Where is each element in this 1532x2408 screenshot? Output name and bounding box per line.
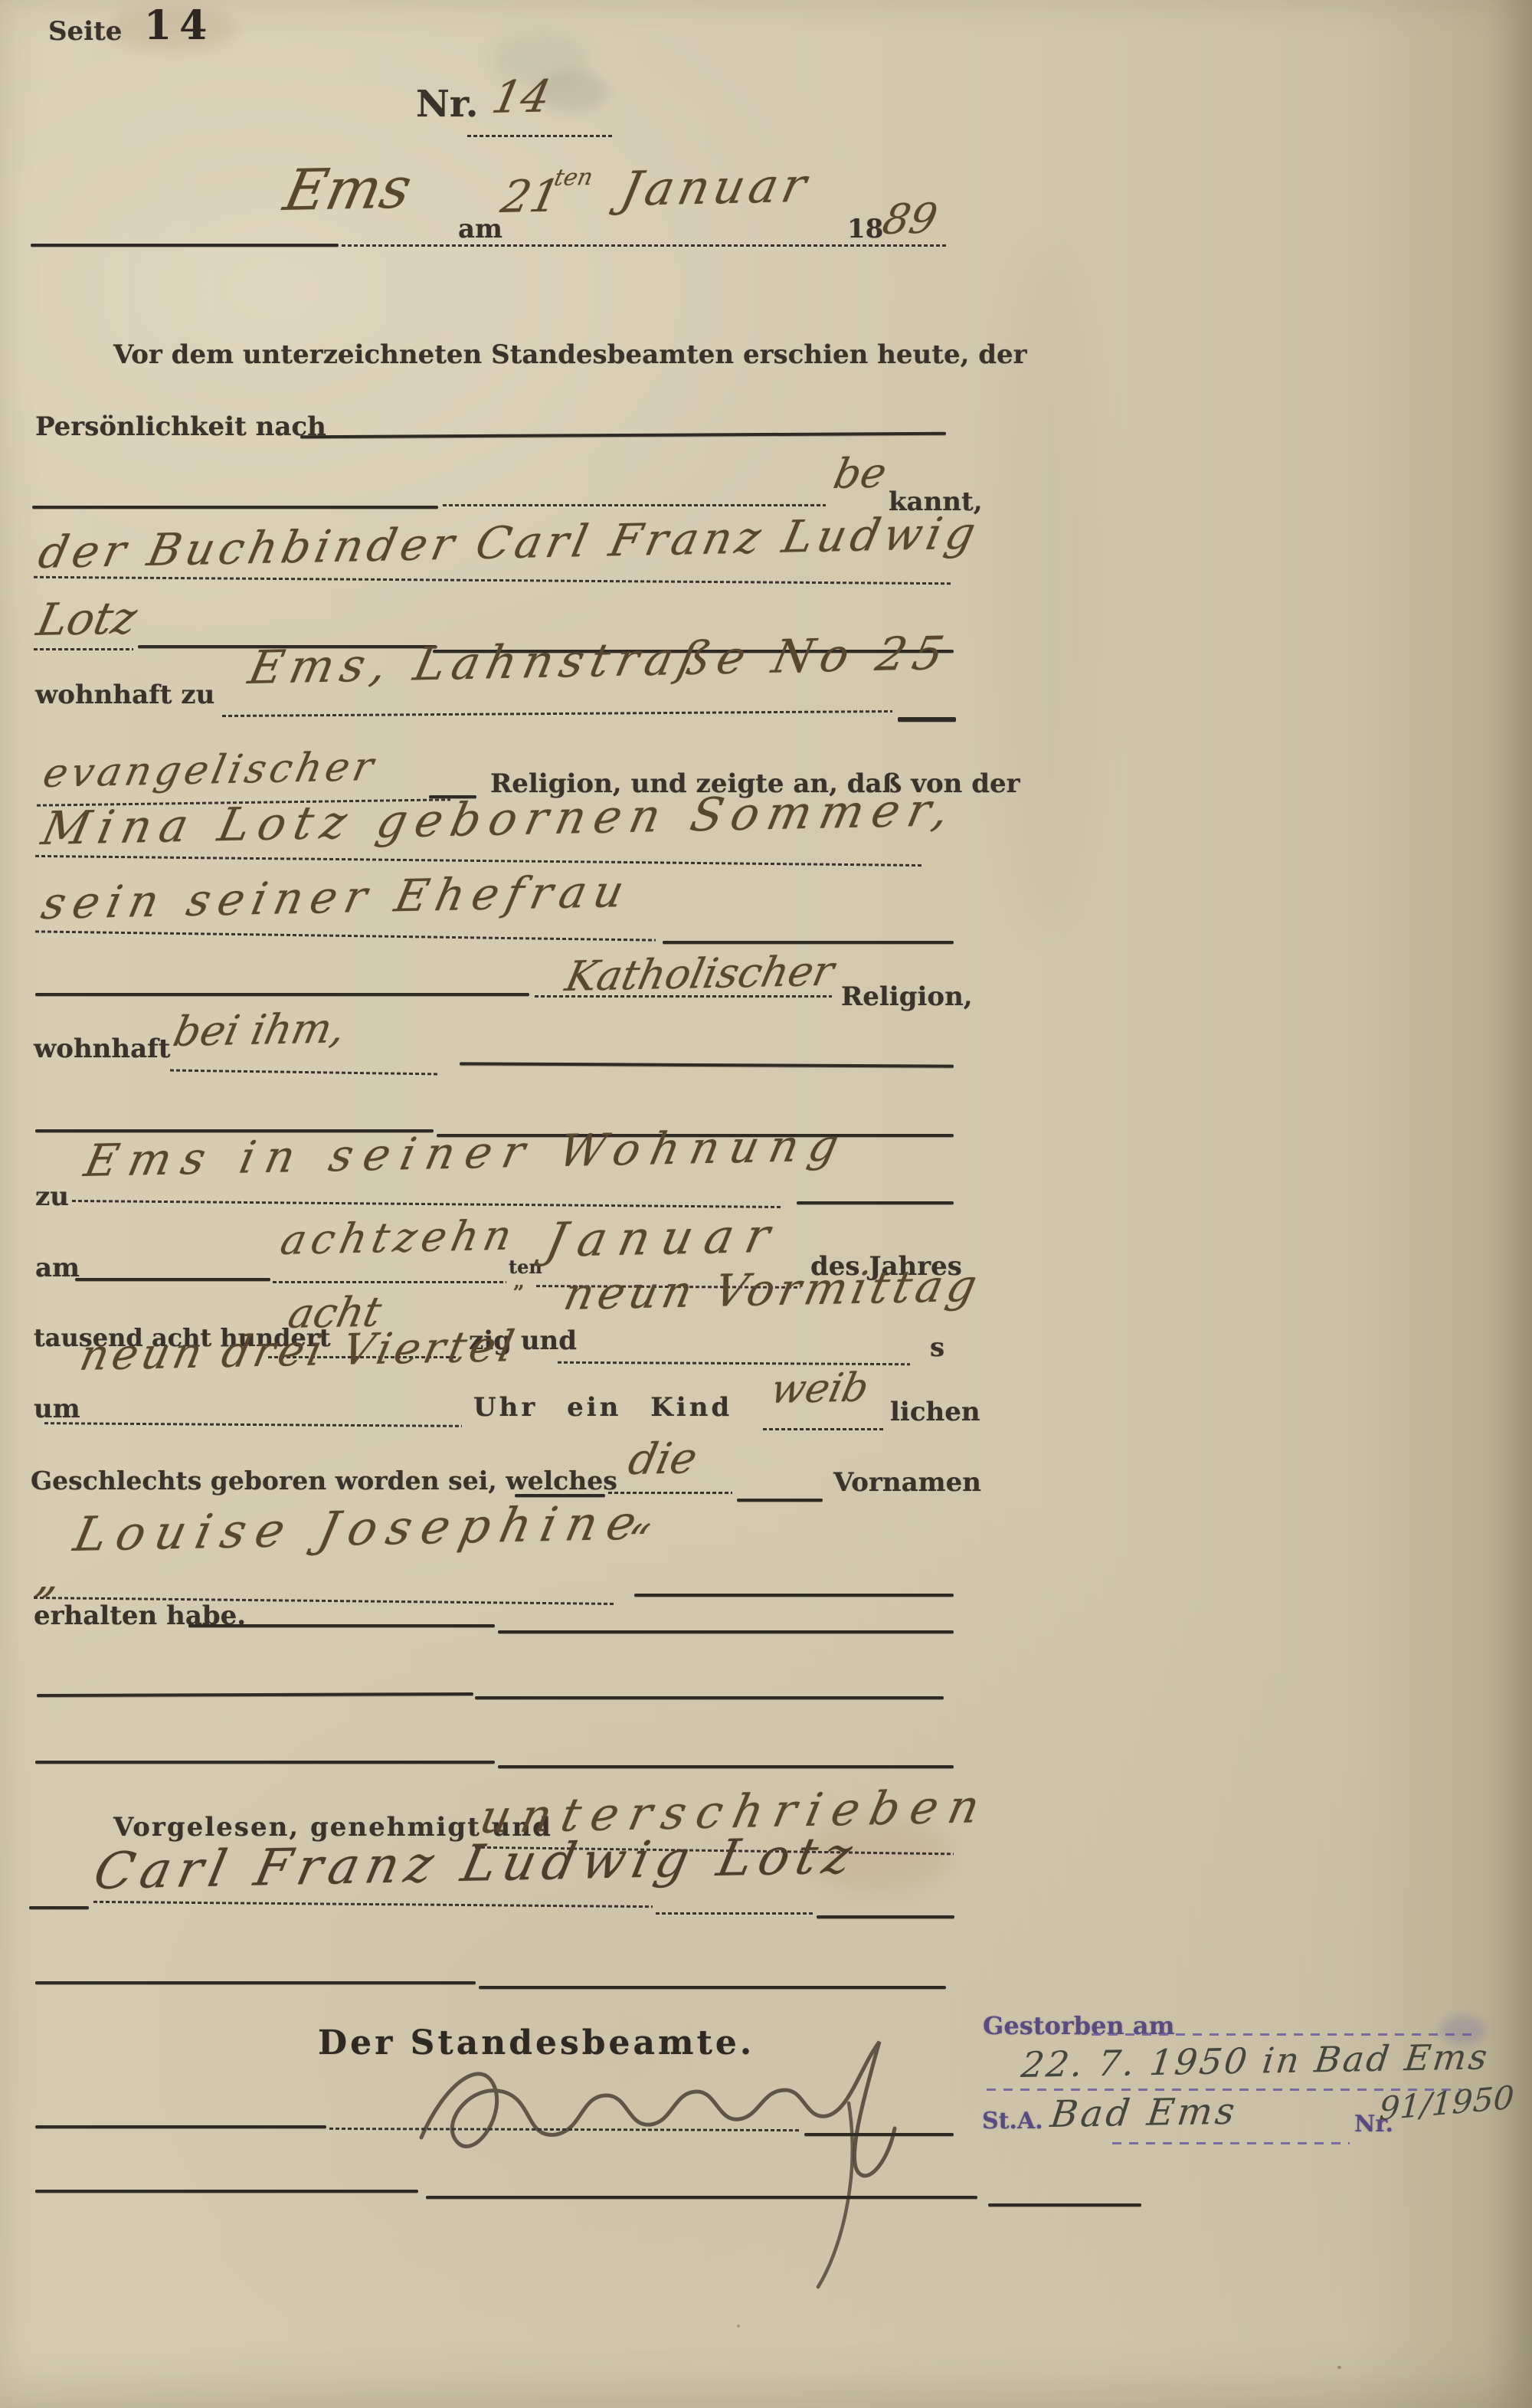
year-entry: 89 bbox=[879, 198, 941, 241]
stamp-dashed-line bbox=[1092, 2033, 1478, 2036]
page-number: 14 bbox=[144, 6, 214, 46]
dotted-line bbox=[273, 1281, 506, 1283]
ruled-line bbox=[35, 1981, 476, 1984]
given-names-entry: Louise Josephine bbox=[70, 1499, 650, 1558]
ruled-line bbox=[898, 717, 956, 722]
death-date-entry: 22. 7. 1950 in Bad Ems bbox=[1020, 2039, 1491, 2082]
ruled-line bbox=[475, 1696, 944, 1699]
residence-label: wohnhaft zu bbox=[35, 682, 214, 708]
dotted-line bbox=[763, 1428, 885, 1430]
place-entry: Ems bbox=[280, 160, 416, 219]
stamp-smear bbox=[1440, 2015, 1486, 2046]
dotted-line bbox=[93, 1901, 653, 1908]
dotted-line bbox=[35, 855, 924, 867]
vornamen-print: Vornamen bbox=[833, 1469, 981, 1496]
paper-speck bbox=[1337, 2366, 1341, 2369]
time-entry: neun drei Viertel bbox=[77, 1325, 522, 1378]
ruled-line bbox=[498, 1630, 954, 1633]
ruled-line bbox=[35, 2125, 326, 2128]
ruled-line bbox=[31, 244, 339, 247]
dotted-line bbox=[34, 576, 953, 585]
geschlecht-print: Geschlechts geboren worden sei, welches bbox=[31, 1468, 617, 1493]
ruled-line bbox=[300, 432, 946, 438]
year-suffix-print: s bbox=[930, 1335, 944, 1361]
uhr-print: Uhr ein Kind bbox=[473, 1394, 732, 1420]
mother-relation-entry: sein seiner Ehefrau bbox=[38, 869, 636, 926]
dotted-line bbox=[44, 1422, 462, 1427]
ruled-line bbox=[188, 1624, 495, 1627]
dotted-line bbox=[72, 1200, 781, 1208]
mother-residence-entry: bei ihm, bbox=[170, 1007, 349, 1053]
ruled-line bbox=[479, 1986, 946, 1989]
ruled-line bbox=[817, 1915, 954, 1918]
dotted-line bbox=[443, 504, 826, 506]
record-number-label: Nr. bbox=[416, 86, 478, 123]
birthmonth-entry: Januar bbox=[542, 1212, 786, 1264]
ruled-line bbox=[634, 1594, 954, 1597]
dotted-line bbox=[656, 1912, 813, 1915]
register-page: Seite 14 Nr. 14 Ems am 21 ten Januar 18 … bbox=[0, 0, 1532, 2408]
mother-residence-label: wohnhaft bbox=[34, 1036, 170, 1062]
ruled-line bbox=[460, 1062, 954, 1067]
paper-speck bbox=[737, 2324, 740, 2328]
declarant-signature: Carl Franz Ludwig Lotz bbox=[90, 1830, 863, 1897]
mother-entry: Mina Lotz gebornen Sommer, bbox=[38, 787, 961, 852]
article-entry: die bbox=[625, 1437, 701, 1482]
time-um-label: um bbox=[34, 1396, 80, 1422]
ruled-line bbox=[498, 1765, 954, 1768]
ruled-line bbox=[37, 1692, 473, 1697]
mother-religion-entry: Katholischer bbox=[562, 951, 838, 998]
mother-religion-print: Religion, bbox=[841, 984, 973, 1010]
death-nr-entry: 91/1950 bbox=[1379, 2082, 1515, 2125]
page-label: Seite bbox=[48, 18, 122, 44]
intro-line: Vor dem unterzeichneten Standesbeamten e… bbox=[113, 342, 1027, 368]
identity-label: Persönlichkeit nach bbox=[35, 414, 326, 440]
dotted-line bbox=[170, 1070, 438, 1076]
sex-entry: weib bbox=[768, 1368, 872, 1410]
am-label: am bbox=[458, 216, 502, 242]
declarant-entry: der Buchbinder Carl Franz Ludwig bbox=[35, 510, 984, 575]
birthdate-am-label: am bbox=[35, 1255, 80, 1281]
declarant-surname: Lotz bbox=[34, 595, 141, 642]
ruled-line bbox=[988, 2203, 1141, 2207]
sex-print: lichen bbox=[890, 1399, 980, 1425]
death-sta-entry: Bad Ems bbox=[1049, 2093, 1240, 2133]
month-entry: Januar bbox=[617, 162, 814, 213]
year-word-entry: neun Vormittag bbox=[561, 1263, 986, 1316]
year-print: 18 bbox=[847, 216, 883, 242]
record-number-value: 14 bbox=[489, 74, 555, 120]
birthplace-label: zu bbox=[35, 1184, 69, 1210]
ruled-line bbox=[804, 2133, 954, 2136]
dotted-line bbox=[34, 648, 133, 650]
stamp-dashed-line bbox=[1112, 2142, 1350, 2144]
ruled-line bbox=[737, 1499, 823, 1502]
ruled-line bbox=[35, 993, 529, 996]
ruled-line bbox=[797, 1201, 954, 1204]
ditto-mark: „ bbox=[513, 1272, 525, 1292]
ruled-line bbox=[426, 2196, 977, 2199]
day-suffix-entry: ten bbox=[552, 166, 595, 190]
ruled-line bbox=[29, 1906, 89, 1909]
death-sta-label: St.A. bbox=[982, 2110, 1043, 2133]
ruled-line bbox=[32, 506, 438, 509]
known-entry: be bbox=[830, 453, 890, 495]
registrar-signature bbox=[398, 2007, 904, 2298]
dotted-line bbox=[608, 1492, 732, 1494]
birthday-entry: achtzehn bbox=[277, 1215, 521, 1261]
residence-entry: Ems, Lahnstraße No 25 bbox=[244, 631, 954, 691]
religion-entry: evangelischer bbox=[40, 747, 381, 794]
ruled-line bbox=[35, 2190, 418, 2193]
dotted-line bbox=[342, 244, 947, 247]
ruled-line bbox=[663, 941, 954, 944]
name-quote-open: „ bbox=[31, 1553, 65, 1600]
dotted-line bbox=[222, 710, 892, 717]
dotted-line bbox=[467, 135, 613, 137]
ruled-line bbox=[35, 1761, 495, 1764]
dotted-line bbox=[35, 930, 656, 941]
ruled-line bbox=[75, 1278, 270, 1281]
